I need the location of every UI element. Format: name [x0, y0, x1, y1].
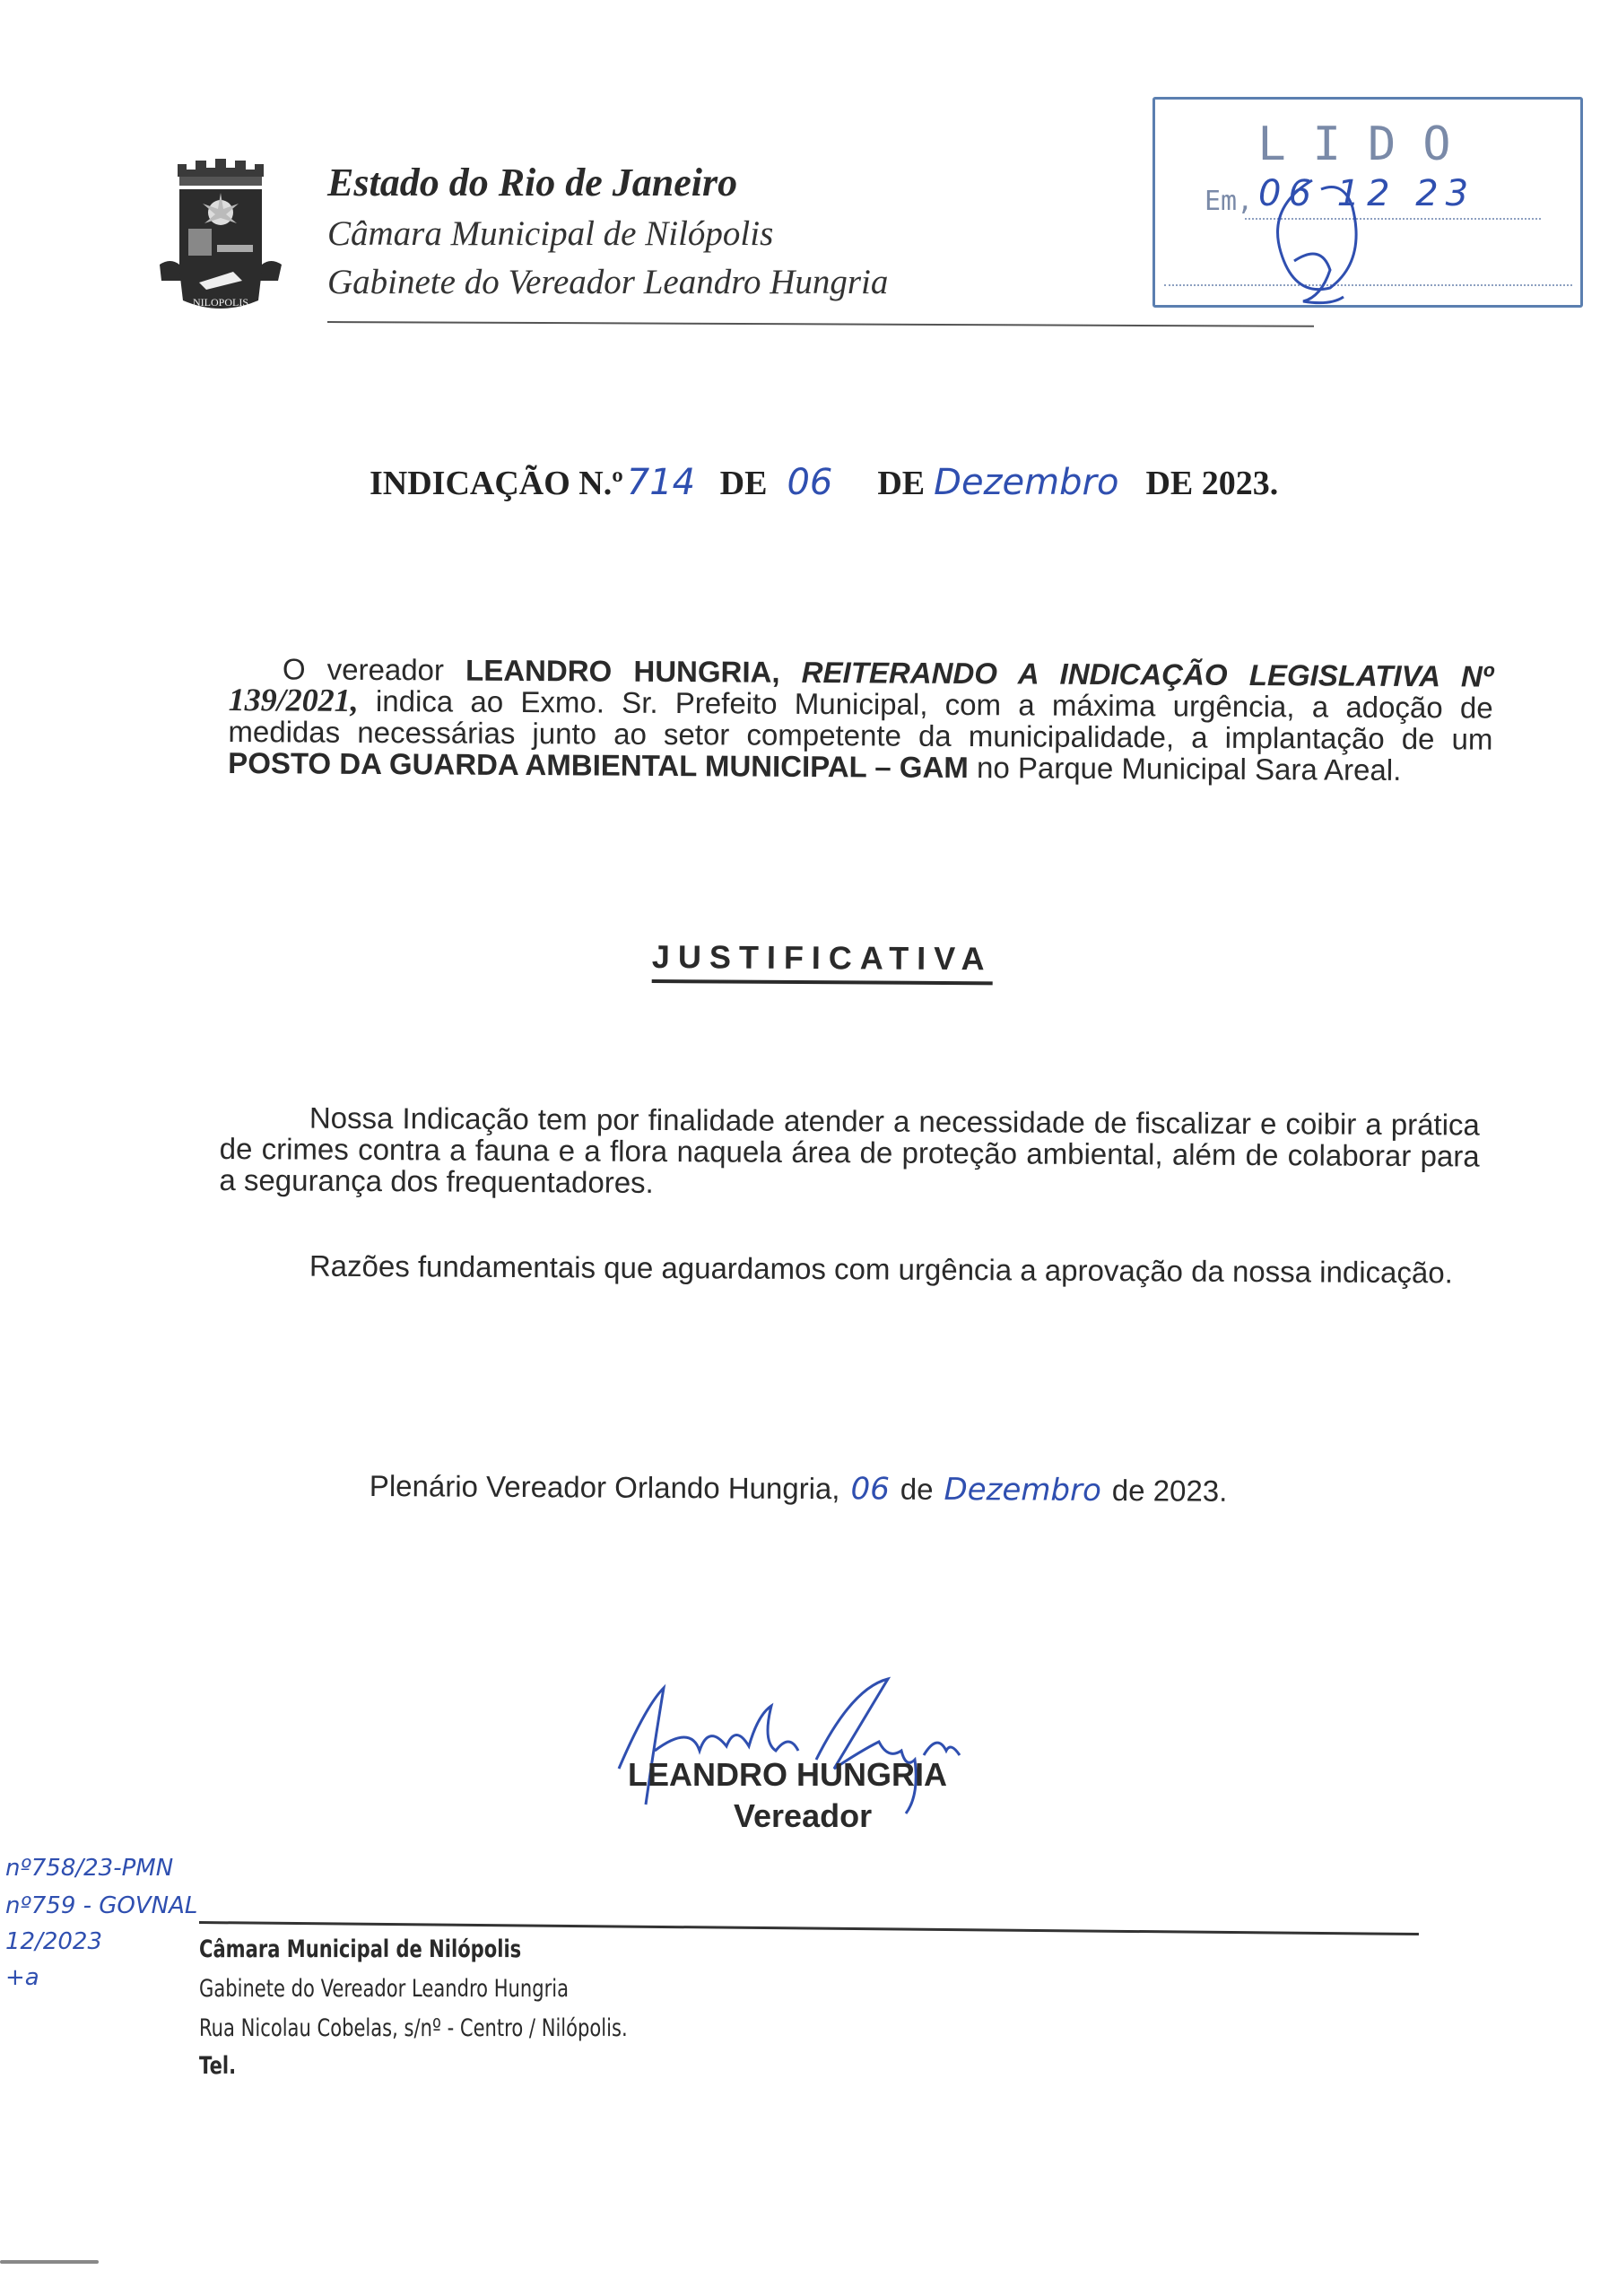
- document-title: INDICAÇÃO N.º714 DE06DEDezembroDE 2023.: [370, 462, 1278, 503]
- title-year: DE 2023.: [1145, 465, 1278, 502]
- handwritten-month: Dezembro: [934, 462, 1118, 503]
- p1-text: indica ao Exmo. Sr. Prefeito Municipal, …: [228, 684, 1492, 756]
- signer-role: Vereador: [734, 1797, 872, 1835]
- closing-de: de: [900, 1473, 934, 1506]
- title-prefix: INDICAÇÃO N.º: [370, 465, 623, 502]
- closing-paragraph: Razões fundamentais que aguardamos com u…: [220, 1249, 1480, 1289]
- header-title: Estado do Rio de Janeiro: [327, 160, 737, 205]
- footer-office: Gabinete do Vereador Leandro Hungria: [199, 1975, 569, 2003]
- p1-reference-number: 139/2021,: [229, 682, 359, 718]
- stamp-em-label: Em,: [1205, 186, 1253, 217]
- margin-note: nº758/23-PMN: [5, 1855, 173, 1882]
- stamp-initial-scribble-icon: [1258, 153, 1393, 315]
- header-office: Gabinete do Vereador Leandro Hungria: [327, 262, 888, 302]
- signer-name: LEANDRO HUNGRIA: [628, 1756, 947, 1794]
- scan-edge: [0, 2260, 99, 2264]
- p3-text: Razões fundamentais que aguardamos com u…: [309, 1249, 1453, 1290]
- footer-phone: Tel.: [199, 2052, 236, 2080]
- title-de-2: DE: [877, 465, 925, 502]
- closing-handwritten-day: 06: [850, 1471, 890, 1507]
- justification-paragraph: Nossa Indicação tem por finalidade atend…: [219, 1101, 1480, 1204]
- place-date-line: Plenário Vereador Orlando Hungria,06deDe…: [370, 1468, 1228, 1509]
- coat-of-arms-icon: NILOPOLIS: [152, 157, 287, 318]
- indication-paragraph: O vereador LEANDRO HUNGRIA, REITERANDO A…: [228, 653, 1493, 787]
- footer-divider: [199, 1921, 1419, 1935]
- margin-note: 12/2023: [5, 1928, 102, 1955]
- margin-note: +a: [5, 1964, 39, 1991]
- header-chamber: Câmara Municipal de Nilópolis: [327, 213, 773, 254]
- footer-chamber: Câmara Municipal de Nilópolis: [199, 1935, 521, 1963]
- handwritten-day: 06: [787, 462, 832, 503]
- p1-location: no Parque Municipal Sara Areal.: [977, 751, 1401, 787]
- p1-subject: POSTO DA GUARDA AMBIENTAL MUNICIPAL – GA…: [228, 746, 969, 784]
- closing-year: de 2023.: [1112, 1474, 1228, 1508]
- p2-text: Nossa Indicação tem por finalidade atend…: [219, 1101, 1480, 1199]
- closing-handwritten-month: Dezembro: [944, 1472, 1101, 1509]
- closing-place: Plenário Vereador Orlando Hungria,: [370, 1469, 840, 1505]
- svg-text:NILOPOLIS: NILOPOLIS: [193, 296, 248, 309]
- handwritten-number: 714: [627, 462, 695, 503]
- title-de-1: DE: [720, 465, 768, 502]
- header-divider: [327, 321, 1314, 327]
- footer-address: Rua Nicolau Cobelas, s/nº - Centro / Nil…: [199, 2014, 628, 2042]
- margin-note: nº759 - GOVNAL: [5, 1892, 197, 1919]
- received-stamp: LIDO Em, 06 12 23: [1152, 97, 1583, 308]
- justification-heading: JUSTIFICATIVA: [652, 938, 993, 985]
- p1-councilor-name: LEANDRO HUNGRIA,: [465, 654, 780, 689]
